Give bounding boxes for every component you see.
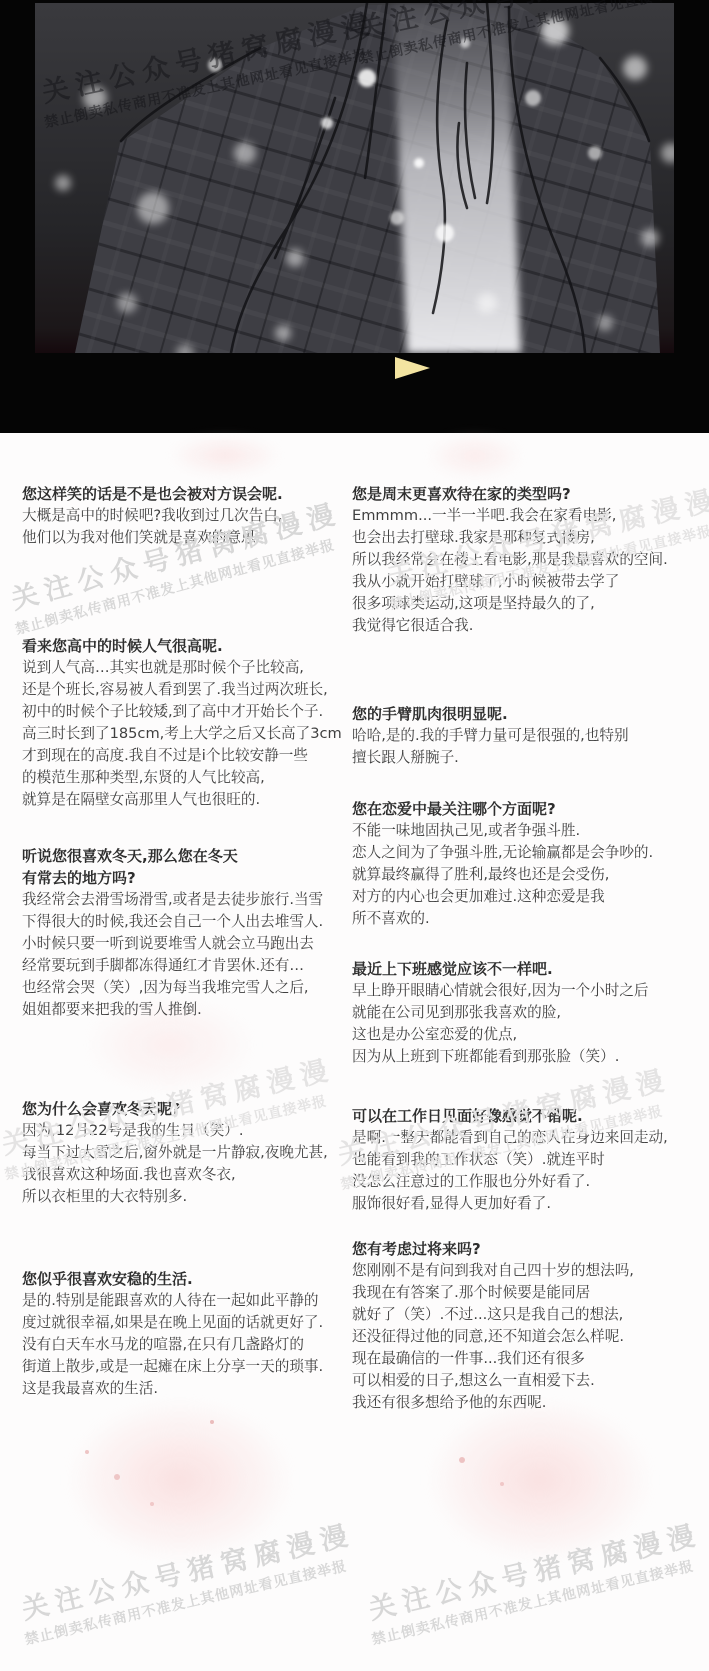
qa-block: 您是周末更喜欢待在家的类型吗? Emmmm...一半一半吧.我会在家看电影, 也… [352,483,704,637]
interview-content: 您这样笑的话是不是也会被对方误会呢. 大概是高中的时候吧?我收到过几次告白, 他… [0,433,709,1414]
answer: 早上睁开眼睛心情就会很好,因为一个小时之后 就能在公司见到那张我喜欢的脸, 这也… [352,980,704,1068]
play-button[interactable] [395,357,430,379]
answer: 我经常会去滑雪场滑雪,或者是去徒步旅行.当雪 下得很大的时候,我还会自己一个人出… [22,889,344,1021]
qa-block: 看来您高中的时候人气很高呢. 说到人气高…其实也就是那时候个子比较高, 还是个班… [22,635,344,811]
watermark: 关注公众号猪窝腐漫漫 禁止倒卖私传商用不准发上其他网址看见直接举报 [19,1519,362,1648]
qa-block: 您在恋爱中最关注哪个方面呢? 不能一味地固执己见,或者争强斗胜. 恋人之间为了争… [352,798,704,930]
question: 您有考虑过将来吗? [352,1238,704,1260]
watermark-line2: 禁止倒卖私传商用不准发上其他网址看见直接举报 [370,1553,706,1649]
answer: Emmmm...一半一半吧.我会在家看电影, 也会出去打壁球.我家是那种复式楼房… [352,505,704,637]
question: 您的手臂肌肉很明显呢. [352,703,704,725]
qa-block: 您的手臂肌肉很明显呢. 哈哈,是的.我的手臂力量可是很强的,也特别 擅长跟人掰腕… [352,703,704,769]
question: 最近上下班感觉应该不一样吧. [352,958,704,980]
answer: 说到人气高…其实也就是那时候个子比较高, 还是个班长,容易被人看到罢了.我当过两… [22,657,344,811]
pink-speckles [210,1420,214,1424]
answer: 是的.特别是能跟喜欢的人待在一起如此平静的 度过就很幸福,如果是在晚上见面的话就… [22,1290,344,1400]
answer: 不能一味地固执己见,或者争强斗胜. 恋人之间为了争强斗胜,无论输赢都是会争吵的.… [352,820,704,930]
question: 您是周末更喜欢待在家的类型吗? [352,483,704,505]
watermark-line1: 关注公众号猪窝腐漫漫 [366,1519,704,1626]
question: 您这样笑的话是不是也会被对方误会呢. [22,483,344,505]
question: 您在恋爱中最关注哪个方面呢? [352,798,704,820]
video-thumbnail [35,3,674,353]
answer: 哈哈,是的.我的手臂力量可是很强的,也特别 擅长跟人掰腕子. [352,725,704,769]
answer: 大概是高中的时候吧?我收到过几次告白, 他们以为我对他们笑就是喜欢的意思. [22,505,344,549]
question: 听说您很喜欢冬天,那么您在冬天 有常去的地方吗? [22,845,344,889]
video-player: 关注公众号猪窝腐漫漫 禁止倒卖私传商用不准发上其他网址看见直接举报 关注公众号猪… [0,0,709,433]
qa-block: 最近上下班感觉应该不一样吧. 早上睁开眼睛心情就会很好,因为一个小时之后 就能在… [352,958,704,1068]
qa-block: 您有考虑过将来吗? 您刚刚不是有问到我对自己四十岁的想法吗, 我现在有答案了.那… [352,1238,704,1414]
question: 您似乎很喜欢安稳的生活. [22,1268,344,1290]
video-thumbnail-art [35,3,674,353]
question: 看来您高中的时候人气很高呢. [22,635,344,657]
answer: 因为,12月22号是我的生日（笑）. 每当下过大雪之后,窗外就是一片静寂,夜晚尤… [22,1120,344,1208]
qa-block: 您为什么会喜欢冬天呢? 因为,12月22号是我的生日（笑）. 每当下过大雪之后,… [22,1098,344,1208]
question: 您为什么会喜欢冬天呢? [22,1098,344,1120]
qa-block: 您这样笑的话是不是也会被对方误会呢. 大概是高中的时候吧?我收到过几次告白, 他… [22,483,344,549]
answer: 是啊.一整天都能看到自己的恋人在身边来回走动, 也能看到我的工作状态（笑）.就连… [352,1127,704,1215]
interview-column-left: 您这样笑的话是不是也会被对方误会呢. 大概是高中的时候吧?我收到过几次告白, 他… [22,483,344,1414]
qa-block: 可以在工作日见面好像感觉不错呢. 是啊.一整天都能看到自己的恋人在身边来回走动,… [352,1105,704,1215]
qa-block: 您似乎很喜欢安稳的生活. 是的.特别是能跟喜欢的人待在一起如此平静的 度过就很幸… [22,1268,344,1400]
answer: 您刚刚不是有问到我对自己四十岁的想法吗, 我现在有答案了.那个时候要是能同居 就… [352,1260,704,1414]
watermark-line1: 关注公众号猪窝腐漫漫 [19,1519,357,1626]
watermark: 关注公众号猪窝腐漫漫 禁止倒卖私传商用不准发上其他网址看见直接举报 [366,1519,709,1648]
qa-block: 听说您很喜欢冬天,那么您在冬天 有常去的地方吗? 我经常会去滑雪场滑雪,或者是去… [22,845,344,1021]
watermark-line2: 禁止倒卖私传商用不准发上其他网址看见直接举报 [23,1553,359,1649]
interview-column-right: 您是周末更喜欢待在家的类型吗? Emmmm...一半一半吧.我会在家看电影, 也… [352,483,704,1414]
question: 可以在工作日见面好像感觉不错呢. [352,1105,704,1127]
